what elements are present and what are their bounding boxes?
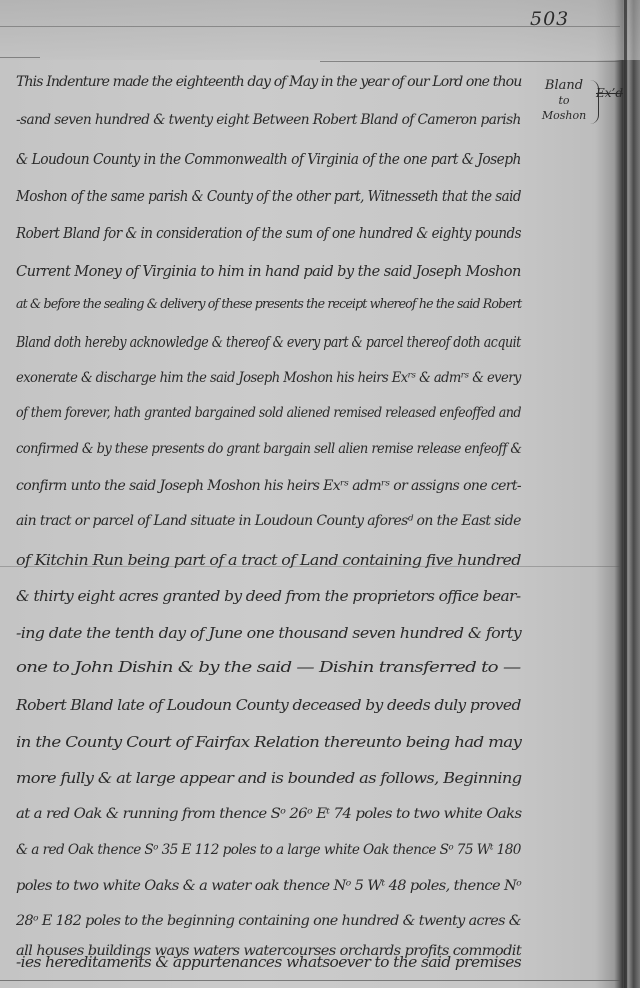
text-line: This Indenture made the eighteenth day o… — [16, 74, 521, 90]
text-line: at a red Oak & running from thence Sᵒ 26… — [16, 806, 522, 822]
text-line: 28ᵒ E 182 poles to the beginning contain… — [16, 913, 521, 929]
text-line: one to John Dishin & by the said — Dishi… — [16, 658, 520, 676]
top-rule — [0, 26, 620, 27]
text-line: Moshon of the same parish & County of th… — [16, 187, 521, 205]
text-line: of them forever, hath granted bargained … — [16, 405, 521, 421]
document-page: 503 Bland to Moshon Ex’d This Indenture … — [0, 0, 640, 988]
page-number: 503 — [530, 8, 569, 30]
margin-note-to: Moshon — [534, 108, 594, 123]
text-line: more fully & at large appear and is boun… — [16, 769, 521, 787]
book-binding-edge — [624, 0, 627, 988]
text-line: of Kitchin Run being part of a tract of … — [16, 551, 521, 569]
text-line: confirm unto the said Joseph Moshon his … — [16, 478, 521, 494]
margin-note: Bland to Moshon — [534, 78, 594, 123]
text-line: -ing date the tenth day of June one thou… — [16, 624, 521, 642]
text-line: poles to two white Oaks & a water oak th… — [16, 878, 521, 894]
text-line: -sand seven hundred & twenty eight Betwe… — [16, 112, 521, 128]
margin-annotation: Ex’d — [596, 86, 623, 100]
text-line: & a red Oak thence Sᵒ 35 E 112 poles to … — [16, 842, 521, 858]
text-line: Robert Bland late of Loudoun County dece… — [16, 696, 521, 714]
text-line: in the County Court of Fairfax Relation … — [16, 733, 521, 751]
text-line: at & before the sealing & delivery of th… — [16, 297, 521, 312]
bottom-rule — [0, 980, 620, 981]
text-line: confirmed & by these presents do grant b… — [16, 441, 521, 457]
header-rule-left — [0, 57, 40, 58]
text-line: & thirty eight acres granted by deed fro… — [16, 587, 521, 605]
text-line: ain tract or parcel of Land situate in L… — [16, 513, 521, 529]
text-line: exonerate & discharge him the said Josep… — [16, 370, 521, 386]
text-line: Robert Bland for & in consideration of t… — [16, 224, 521, 242]
header-rule — [320, 61, 620, 62]
text-line: & Loudoun County in the Commonwealth of … — [16, 150, 521, 168]
text-line: Current Money of Virginia to him in hand… — [16, 262, 521, 280]
text-line: -ies hereditaments & appurtenances whats… — [16, 953, 521, 971]
margin-note-connector: to — [534, 93, 594, 108]
text-line: Bland doth hereby acknowledge & thereof … — [16, 333, 521, 351]
margin-note-from: Bland — [534, 78, 594, 93]
